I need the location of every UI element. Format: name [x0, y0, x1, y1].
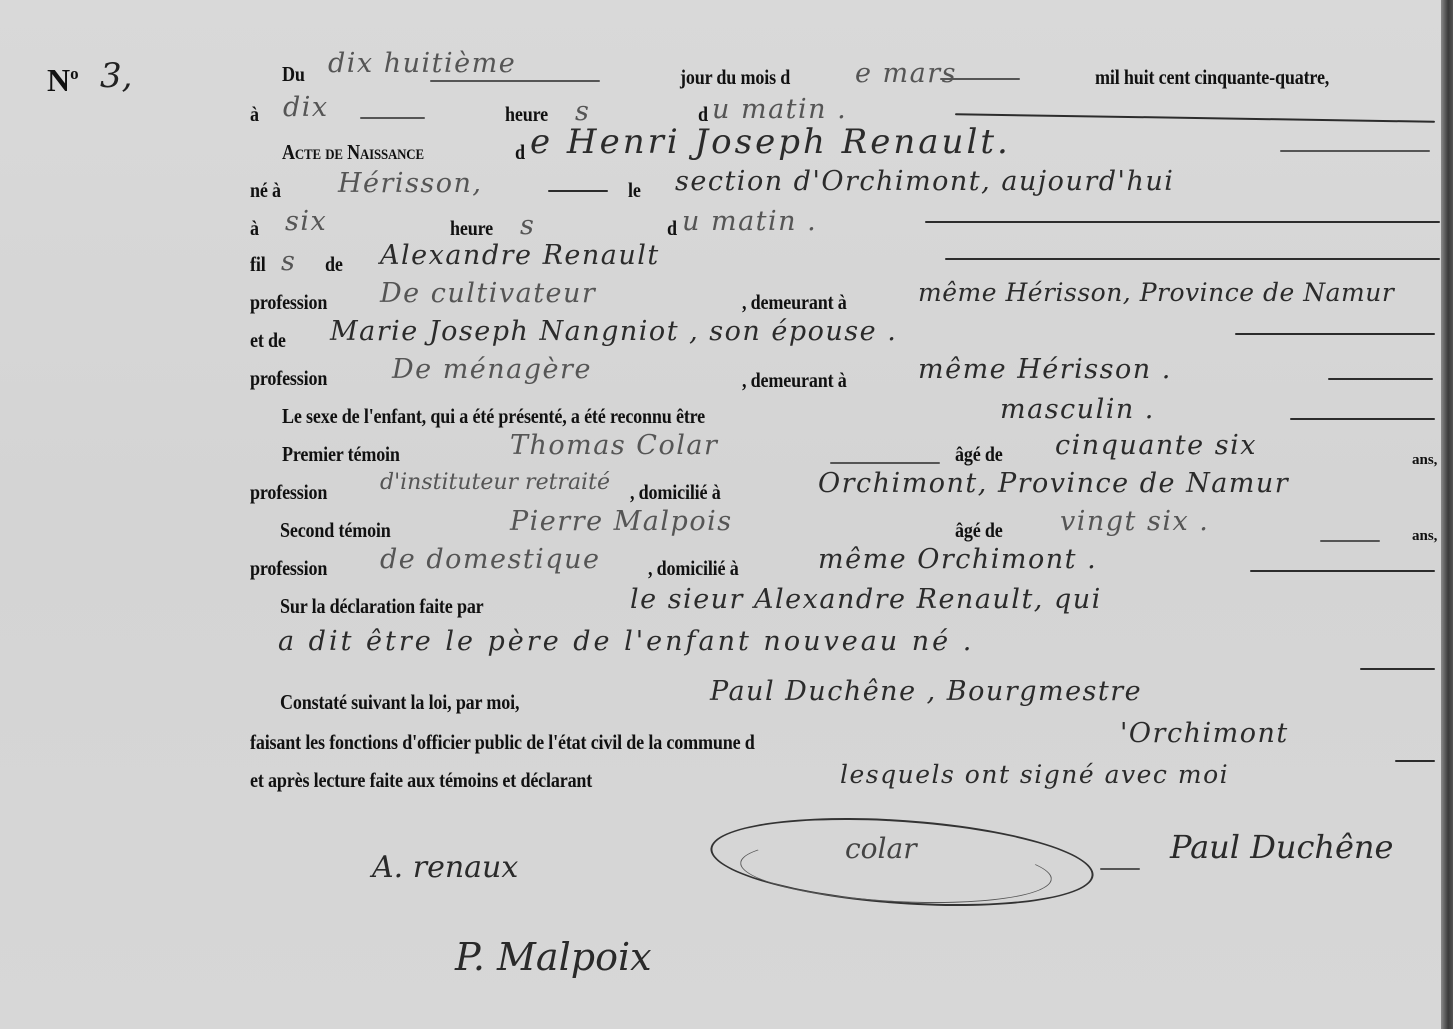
page-edge — [1441, 0, 1453, 1029]
handwritten-child-name: e Henri Joseph Renault. — [530, 122, 1011, 162]
fill-line — [1360, 668, 1435, 670]
printed-a: à — [250, 216, 259, 241]
fill-line — [1235, 333, 1435, 335]
printed-fil: fil — [250, 252, 266, 277]
signature-officer: Paul Duchêne — [1170, 828, 1393, 866]
handwritten-birthplace: Hérisson, — [338, 168, 483, 199]
printed-demeurant-a: , demeurant à — [742, 368, 847, 393]
fill-line — [925, 221, 1440, 223]
printed-profession: profession — [250, 290, 327, 315]
printed-jour-du-mois: jour du mois d — [680, 65, 790, 90]
handwritten-witness2-residence: même Orchimont . — [818, 544, 1097, 575]
printed-declaration: Sur la déclaration faite par — [280, 594, 484, 619]
handwritten-hour: dix — [283, 92, 329, 123]
signature-witness2: P. Malpoix — [455, 935, 652, 979]
printed-ans: ans, — [1412, 452, 1437, 469]
document-page: No 3, Du dix huitième jour du mois d e m… — [0, 0, 1441, 1029]
printed-et-de: et de — [250, 328, 286, 353]
fill-line — [1395, 760, 1435, 762]
fill-line — [830, 462, 940, 464]
fill-line — [548, 190, 608, 192]
printed-fonctions: faisant les fonctions d'officier public … — [250, 730, 755, 755]
handwritten-witness2-name: Pierre Malpois — [510, 506, 733, 537]
printed-le: le — [628, 178, 641, 203]
printed-d: d — [667, 216, 677, 241]
printed-premier-temoin: Premier témoin — [282, 442, 400, 467]
handwritten-signed-statement: lesquels ont signé avec moi — [840, 760, 1229, 789]
handwritten-father-profession: De cultivateur — [380, 278, 596, 309]
handwritten-declarant: le sieur Alexandre Renault, qui — [630, 584, 1102, 615]
fill-line — [1280, 150, 1430, 152]
handwritten-time-of-day: u matin . — [682, 206, 817, 237]
printed-apres-lecture: et après lecture faite aux témoins et dé… — [250, 768, 592, 793]
handwritten-witness1-profession: d'instituteur retraité — [380, 470, 610, 495]
fill-line — [360, 117, 425, 119]
fill-line — [940, 78, 1020, 80]
printed-a: à — [250, 102, 259, 127]
handwritten-time-of-day: u matin . — [712, 94, 847, 125]
handwritten-commune: 'Orchimont — [1120, 718, 1289, 749]
record-number-label: No — [47, 62, 79, 99]
fill-line — [945, 258, 1440, 260]
printed-profession: profession — [250, 480, 327, 505]
handwritten-father-residence: même Hérisson, Province de Namur — [918, 278, 1394, 307]
fill-line — [1250, 570, 1435, 572]
handwritten-declarant-relation: a dit être le père de l'enfant nouveau n… — [278, 626, 974, 657]
printed-age-de: âgé de — [955, 442, 1003, 467]
fill-line — [1320, 540, 1380, 542]
handwritten-birth-detail: section d'Orchimont, aujourd'hui — [675, 166, 1174, 197]
printed-age-de: âgé de — [955, 518, 1003, 543]
printed-acte-de-naissance: Acte de Naissance — [282, 140, 424, 165]
printed-profession: profession — [250, 366, 327, 391]
fill-line — [955, 113, 1435, 123]
printed-de: d — [515, 140, 525, 165]
handwritten-s: s — [281, 246, 296, 277]
fill-line — [430, 80, 600, 82]
handwritten-mother-profession: De ménagère — [392, 354, 592, 385]
fill-line — [1290, 418, 1435, 420]
printed-sexe-statement: Le sexe de l'enfant, qui a été présenté,… — [282, 404, 705, 429]
handwritten-officer: Paul Duchêne , Bourgmestre — [710, 676, 1142, 707]
handwritten-day: dix huitième — [328, 48, 516, 79]
printed-domicilie-a: , domicilié à — [630, 480, 721, 505]
printed-second-temoin: Second témoin — [280, 518, 391, 543]
handwritten-witness2-profession: de domestique — [380, 544, 600, 575]
printed-ne-a: né à — [250, 178, 281, 203]
handwritten-father-name: Alexandre Renault — [380, 240, 660, 271]
printed-de: de — [325, 252, 343, 277]
handwritten-witness1-name: Thomas Colar — [510, 430, 718, 461]
record-number-value: 3, — [100, 56, 132, 96]
handwritten-s: s — [520, 210, 535, 241]
printed-profession: profession — [250, 556, 327, 581]
printed-ans: ans, — [1412, 528, 1437, 545]
handwritten-sex: masculin . — [1000, 394, 1155, 425]
printed-du: Du — [282, 62, 305, 87]
printed-constate: Constaté suivant la loi, par moi, — [280, 690, 519, 715]
signature-father: A. renaux — [372, 850, 518, 885]
printed-year: mil huit cent cinquante-quatre, — [1095, 65, 1329, 90]
handwritten-month: e mars — [855, 58, 957, 89]
printed-heure: heure — [450, 216, 493, 241]
handwritten-witness1-age: cinquante six — [1055, 430, 1257, 461]
fill-line — [1100, 868, 1140, 870]
handwritten-birth-hour: six — [285, 206, 327, 237]
handwritten-witness1-residence: Orchimont, Province de Namur — [818, 468, 1289, 499]
handwritten-witness2-age: vingt six . — [1060, 506, 1209, 537]
signature-witness1: colar — [845, 832, 917, 865]
printed-demeurant-a: , demeurant à — [742, 290, 847, 315]
handwritten-mother-name: Marie Joseph Nangniot , son épouse . — [330, 316, 897, 347]
printed-domicilie-a: , domicilié à — [648, 556, 739, 581]
fill-line — [1328, 378, 1433, 380]
handwritten-mother-residence: même Hérisson . — [918, 354, 1172, 385]
